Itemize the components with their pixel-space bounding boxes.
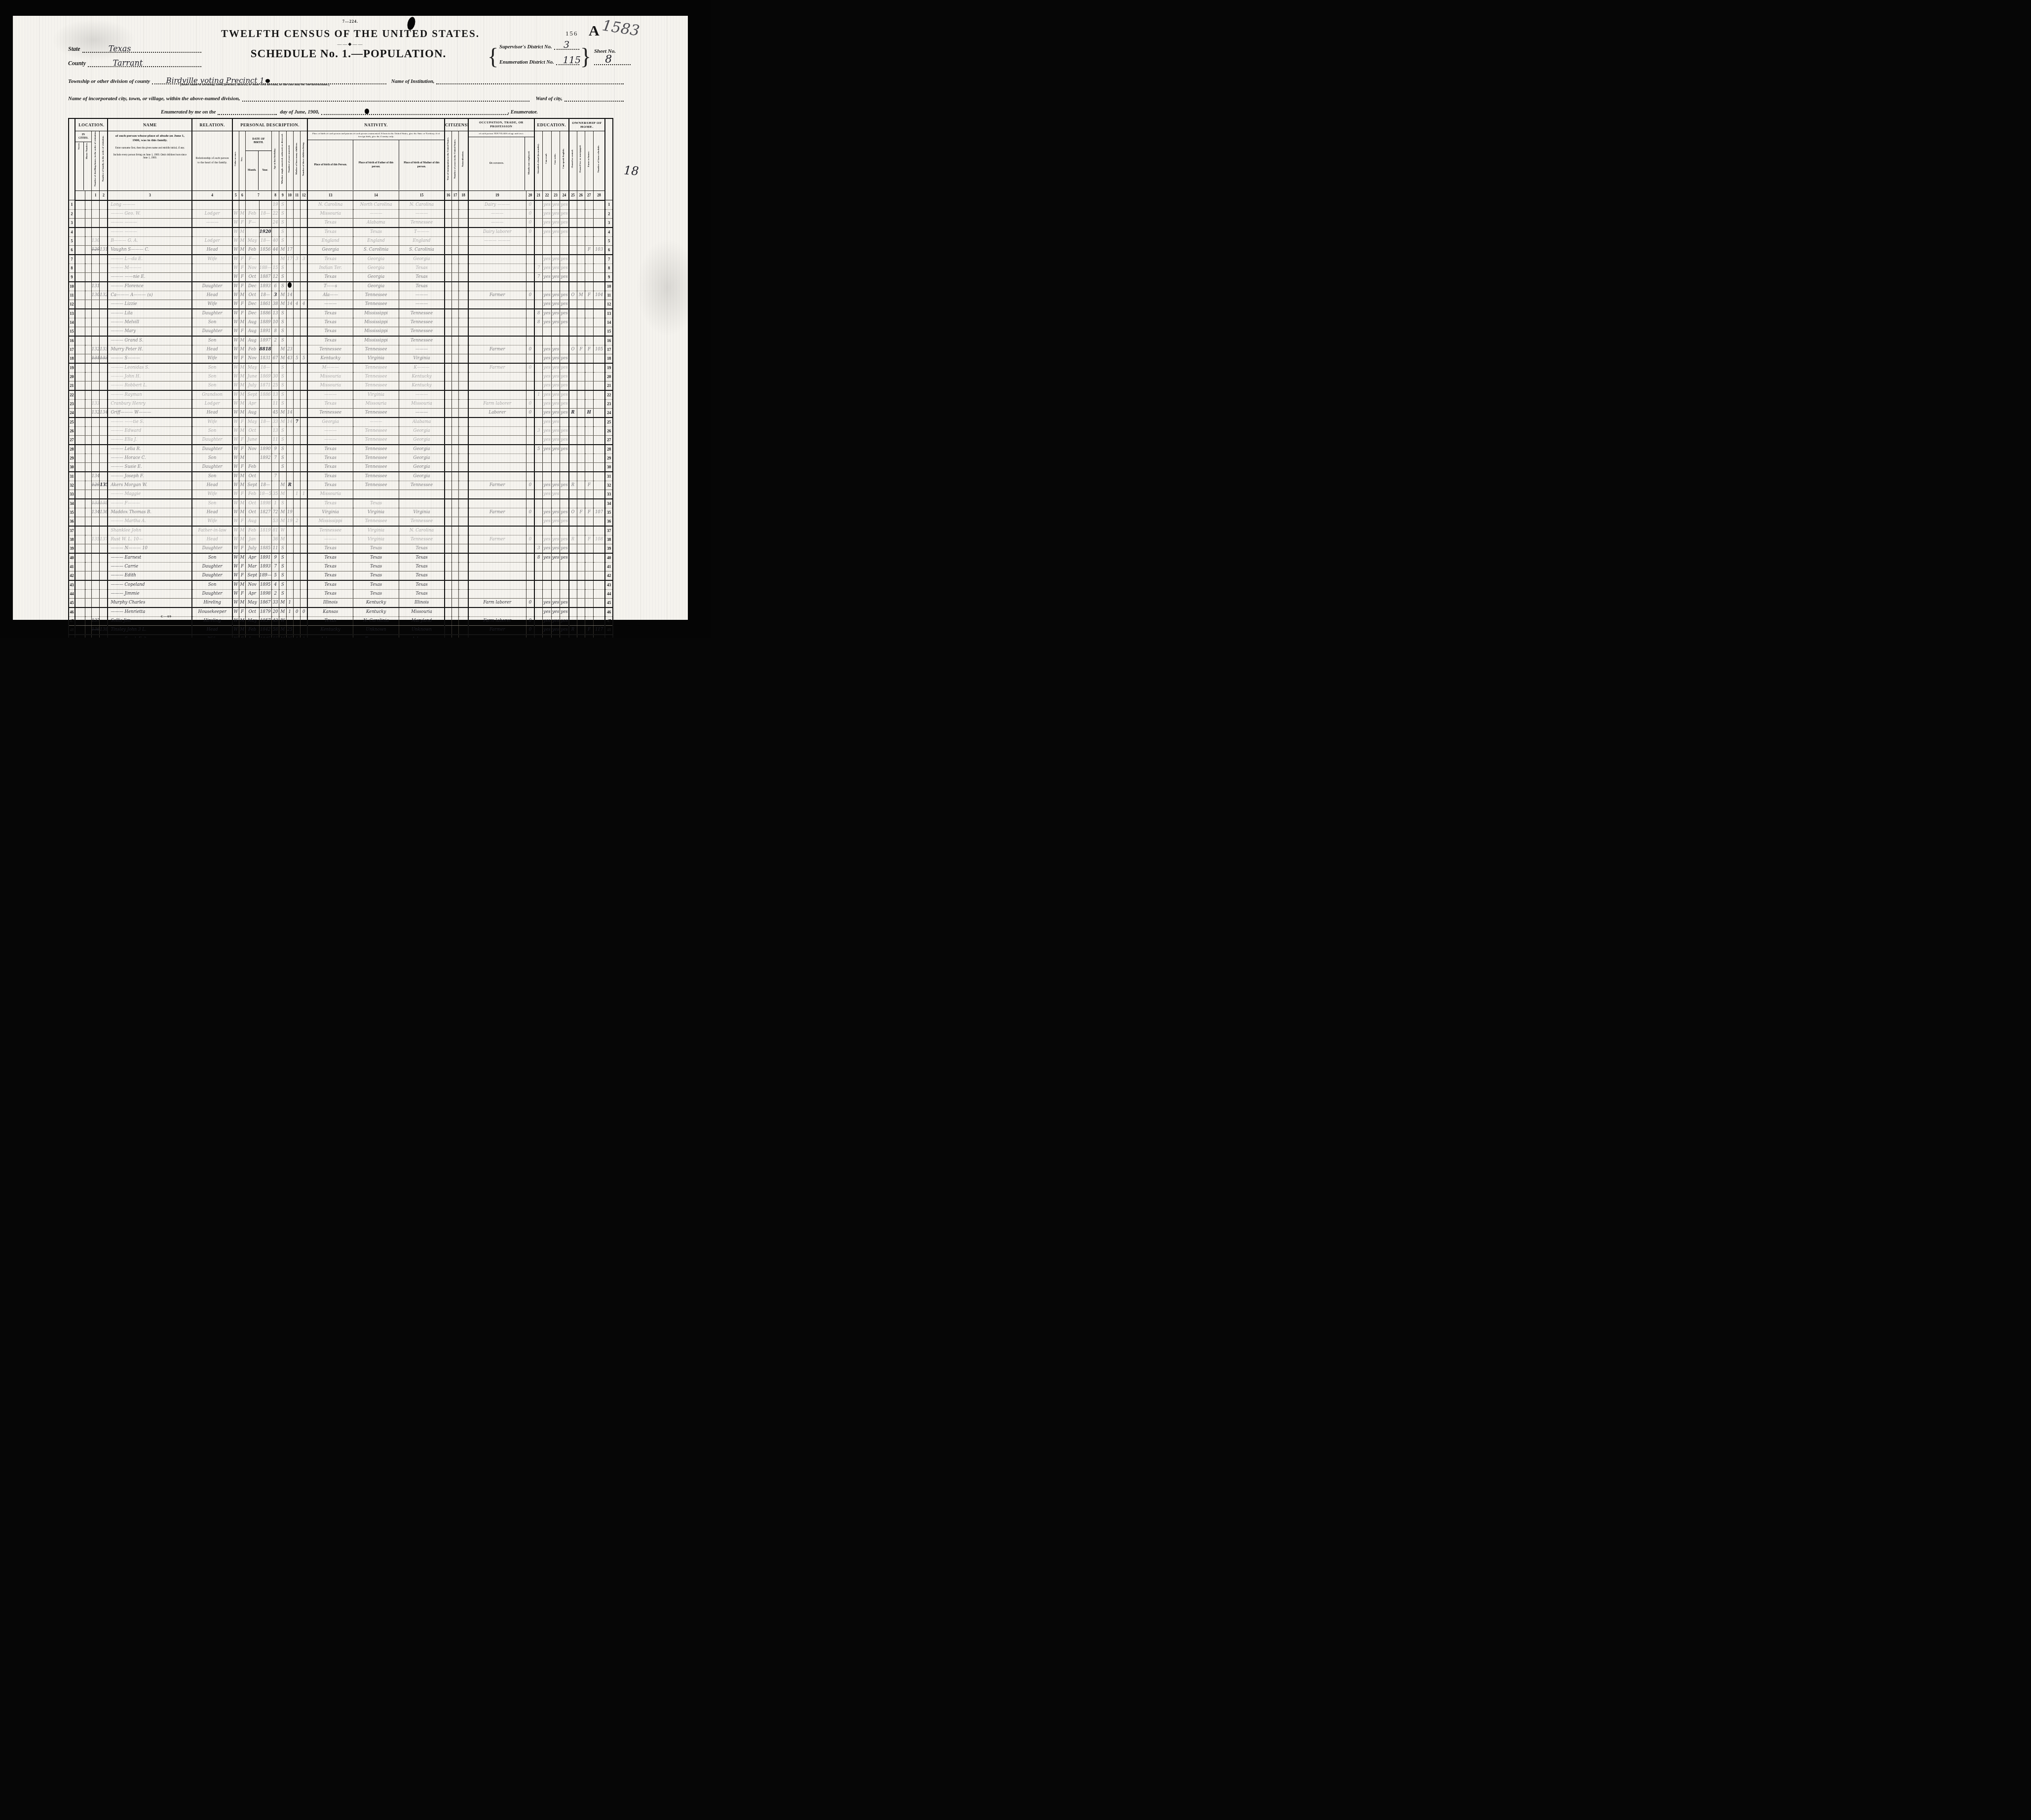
cell-name: ——— Leonidas S.	[108, 363, 192, 373]
cell-dwelling	[91, 264, 100, 272]
cell-age: 1	[271, 499, 279, 508]
cell-farm: F	[585, 481, 594, 490]
cell-color: W	[232, 245, 239, 255]
cell-street	[75, 227, 85, 237]
cell-street	[75, 345, 85, 354]
page-title: TWELFTH CENSUS OF THE UNITED STATES.	[13, 28, 688, 40]
cell-owned	[569, 309, 577, 318]
cell-farm_schedule: 103	[593, 245, 605, 255]
cell-unemployed	[527, 354, 535, 363]
cell-farm	[585, 562, 594, 571]
township-row: Township or other division of county Bir…	[68, 76, 624, 84]
cell-color	[232, 200, 239, 210]
entry-age: 33	[273, 600, 278, 605]
cell-school	[534, 625, 543, 635]
entry-color: W	[233, 302, 238, 306]
cell-dwelling: 132	[91, 408, 100, 417]
entry-marital: M	[281, 347, 285, 352]
cell-color: W	[232, 454, 239, 462]
entry-color: W	[233, 329, 238, 334]
entry-occupation: Laborer	[489, 410, 506, 415]
table-row: 41——— CarrieDaughterWFMar18937STexasTexa…	[69, 562, 613, 571]
entry-pob_father: Kentucky	[366, 600, 386, 605]
entry-pob: ———	[324, 392, 337, 397]
cell-farm_schedule	[593, 598, 605, 607]
table-row: 25——— ——tie S.WifeWFMay18—33M147Georgia—…	[69, 417, 613, 427]
entry-pob_mother: S. Carolinia	[409, 247, 434, 252]
entry-pob_mother: Texas	[415, 555, 427, 560]
cell-year: 1898	[259, 499, 271, 508]
cell-marital: S	[279, 435, 286, 445]
entry-sex: M	[240, 293, 244, 298]
table-row: 26——— EdwardSonWMOct13S———TennesseeGeorg…	[69, 426, 613, 435]
entry-name: ——— M———	[111, 265, 141, 270]
cell-yrs_us	[451, 625, 458, 635]
cell-yrs_married: 1	[286, 598, 293, 607]
cell-read: yes	[543, 218, 552, 227]
cell-naturalization	[459, 390, 468, 400]
entry-yrs_married: 14	[287, 293, 293, 298]
cell-relation: ———	[192, 218, 232, 227]
entry-pob_father: North Carolina	[360, 202, 392, 207]
entry-pob_father: Kentucky	[366, 609, 386, 614]
column-header-school: Attended school (in months).	[534, 131, 543, 191]
cell-naturalization	[459, 462, 468, 472]
cell-year: 1890	[259, 445, 271, 454]
column-header-write: Can write.	[551, 131, 560, 191]
cell-pob: Texas	[307, 454, 353, 462]
entry-read: yes	[543, 419, 550, 424]
entry-yrs_married: 23	[287, 347, 293, 352]
cell-pob: N. Carolina	[307, 200, 353, 210]
cell-unemployed	[527, 562, 535, 571]
cell-farm	[585, 227, 594, 237]
cell-write	[551, 462, 560, 472]
cell-free	[577, 426, 585, 435]
cell-yrs_us	[451, 580, 458, 590]
entry-english: yes	[561, 483, 567, 488]
cell-read: yes	[543, 598, 552, 607]
entry-color: W	[233, 564, 238, 569]
entry-name: Sollis Jim	[111, 618, 130, 623]
cell-school	[534, 580, 543, 590]
entry-unemployed: 0	[529, 365, 531, 370]
entry-relation: Daughter	[202, 447, 223, 452]
cell-unemployed: 0	[527, 535, 535, 544]
cell-relation: Daughter	[192, 282, 232, 291]
column-number-write: 23	[551, 190, 560, 200]
cell-relation: Housekeeper	[192, 607, 232, 617]
cell-house	[85, 607, 91, 617]
entry-yrs_married: 19	[287, 519, 293, 524]
cell-house	[85, 454, 91, 462]
column-label-family: Number of family, in the order of visita…	[102, 136, 105, 183]
cell-immigration	[445, 291, 451, 300]
row-number-left: 33	[69, 490, 75, 499]
cell-pob: Texas	[307, 553, 353, 563]
entry-pob_father: Virginia	[368, 537, 384, 542]
entry-pob: Texas	[325, 311, 337, 316]
cell-naturalization	[459, 517, 468, 526]
cell-pob_mother: Georgia	[399, 426, 445, 435]
column-header-naturalization: Naturalization.	[459, 131, 468, 191]
entry-month: July	[248, 546, 256, 551]
entry-year: 1827	[260, 510, 271, 515]
entry-age: 11	[273, 401, 278, 406]
cell-sex: F	[239, 309, 245, 318]
row-number-left: 16	[69, 336, 75, 345]
cell-occupation	[468, 381, 527, 390]
cell-marital: M	[279, 255, 286, 264]
cell-immigration	[445, 282, 451, 291]
entry-occupation: Farmer	[489, 347, 505, 352]
entry-pob_father: Tennessee	[365, 383, 387, 388]
day-of-june-label: day of June, 1900,	[277, 110, 321, 115]
cell-age: 13	[271, 309, 279, 318]
cell-farm_schedule	[593, 218, 605, 227]
cell-dwelling	[91, 227, 100, 237]
cell-name: ——— ——tie S.	[108, 417, 192, 427]
cell-color: W	[232, 625, 239, 635]
cell-unemployed	[527, 318, 535, 327]
entry-marital: M	[281, 519, 285, 524]
cell-name: ——— Mary	[108, 327, 192, 336]
cell-owned: R	[569, 535, 577, 544]
cell-month: Sept	[245, 481, 259, 490]
cell-write: yes	[551, 200, 560, 210]
cell-marital: S	[279, 218, 286, 227]
entry-owned: R	[571, 483, 574, 488]
column-label-free: Owned free or mortgaged.	[579, 145, 582, 174]
entry-pob_mother: Georgia	[413, 474, 430, 479]
entry-yrs_married: 14	[287, 410, 293, 415]
cell-english: yes	[560, 363, 569, 373]
group-header-4: NATIVITY.	[307, 118, 445, 131]
cell-free	[577, 309, 585, 318]
cell-sex: F	[239, 607, 245, 617]
entry-relation: Head	[207, 247, 218, 252]
entry-write: yes	[552, 537, 559, 542]
cell-year: 1892	[259, 454, 271, 462]
entry-year: 18—	[261, 483, 270, 488]
cell-year: 18—5	[259, 490, 271, 499]
cell-age: 55	[271, 635, 279, 638]
entry-age: 81	[273, 528, 278, 533]
cell-marital: W	[279, 616, 286, 625]
cell-sex: M	[239, 245, 245, 255]
cell-color: W	[232, 408, 239, 417]
cell-pob: M———	[307, 363, 353, 373]
cell-street	[75, 390, 85, 400]
row-number-right: 24	[605, 408, 613, 417]
table-row: 20——— John H.SonWMJune186930SMissouriaTe…	[69, 372, 613, 381]
cell-pob_mother: ———	[399, 291, 445, 300]
entry-dwelling: 129	[92, 247, 100, 252]
cell-unemployed	[527, 300, 535, 309]
cell-read: yes	[543, 272, 552, 282]
cell-pob_mother: ———	[399, 300, 445, 309]
cell-color: W	[232, 544, 239, 553]
cell-marital: M	[279, 625, 286, 635]
entry-marital: M	[281, 356, 285, 361]
entry-age: 12	[273, 274, 278, 279]
cell-relation: Wife	[192, 635, 232, 638]
cell-age: 2	[271, 589, 279, 598]
entry-name: ——— Ella J.	[111, 437, 137, 442]
entry-color: W	[233, 600, 238, 605]
cell-school: 8	[534, 318, 543, 327]
entry-age: 45	[273, 410, 278, 415]
entry-pob_mother: Tennessee	[411, 329, 433, 334]
cell-read: yes	[543, 517, 552, 526]
cell-pob_father: Texas	[353, 227, 399, 237]
entry-relation: Head	[207, 627, 218, 632]
entry-name: ——— Earnest	[111, 555, 141, 560]
entry-english: yes	[561, 510, 567, 515]
entry-farm_schedule: 104	[595, 293, 603, 298]
cell-name: Sollis Jim	[108, 616, 192, 625]
entry-english: yes	[561, 229, 567, 234]
cell-pob: Texas	[307, 462, 353, 472]
cell-sex: F	[239, 417, 245, 427]
cell-read: yes	[543, 390, 552, 400]
entry-pob: Illinois	[323, 600, 338, 605]
cell-occupation	[468, 372, 527, 381]
cell-dwelling: 131	[91, 354, 100, 363]
entry-name: ——— Carrie	[111, 564, 138, 569]
entry-color: W	[233, 501, 238, 506]
entry-year: 1893	[260, 284, 271, 289]
cell-mother_of	[293, 227, 300, 237]
cell-yrs_us	[451, 381, 458, 390]
cell-dwelling	[91, 417, 100, 427]
footer-print-code: C—69	[161, 615, 172, 618]
entry-year: 1920	[260, 229, 271, 234]
cell-year: 18—	[259, 209, 271, 218]
entry-relation: Daughter	[202, 564, 223, 569]
cell-write: yes	[551, 426, 560, 435]
entry-pob_mother: Texas	[415, 284, 427, 289]
cell-year: 1889	[259, 318, 271, 327]
cell-year: 1891	[259, 327, 271, 336]
cell-pob: Texas	[307, 218, 353, 227]
entry-age: 9	[274, 447, 276, 452]
cell-children_living	[301, 435, 307, 445]
entry-write: yes	[552, 428, 559, 433]
name-header-block: of each person whose place of abode on J…	[108, 132, 191, 190]
entry-marital: S	[281, 211, 284, 216]
cell-pob_mother: Tennessee	[399, 481, 445, 490]
cell-write: yes	[551, 625, 560, 635]
cell-free	[577, 282, 585, 291]
state-value: Texas	[109, 44, 131, 53]
column-number-family: 2	[100, 190, 108, 200]
cell-relation: Head	[192, 291, 232, 300]
entry-read: yes	[543, 510, 550, 515]
cell-farm_schedule	[593, 309, 605, 318]
cell-age: 15	[271, 264, 279, 272]
row-number-right: 49	[605, 635, 613, 638]
cell-year: 1895	[259, 580, 271, 590]
entry-marital: S	[281, 229, 284, 234]
entry-year: 1857	[260, 618, 271, 623]
cell-pob_mother: Missouria	[399, 399, 445, 408]
cell-owned	[569, 218, 577, 227]
cell-street	[75, 372, 85, 381]
column-label-mother_of: Mother of how many children.	[296, 143, 299, 176]
cell-yrs_us	[451, 363, 458, 373]
column-number-street	[75, 190, 85, 200]
cell-farm_schedule	[593, 300, 605, 309]
cell-color: W	[232, 445, 239, 454]
cell-marital: S	[279, 363, 286, 373]
entry-marital: M	[281, 510, 285, 515]
cell-naturalization	[459, 345, 468, 354]
cell-school	[534, 291, 543, 300]
entry-sex: F	[241, 220, 244, 225]
cell-street	[75, 417, 85, 427]
row-number-right: 36	[605, 517, 613, 526]
cell-read: yes	[543, 508, 552, 517]
entry-dwelling: 134	[92, 510, 100, 515]
cell-pob_father: Texas	[353, 553, 399, 563]
cell-name: Tinsley John 3 L.	[108, 625, 192, 635]
cell-write: yes	[551, 508, 560, 517]
cell-age	[271, 481, 279, 490]
cell-write: yes	[551, 291, 560, 300]
cell-free	[577, 435, 585, 445]
margin-note: 18	[623, 163, 639, 178]
cell-children_living	[301, 462, 307, 472]
entry-relation: Father-in-law	[198, 528, 226, 533]
cell-unemployed: 0	[527, 399, 535, 408]
column-header-english: Can speak English.	[560, 131, 569, 191]
cell-sex: F	[239, 300, 245, 309]
cell-free	[577, 227, 585, 237]
cell-house	[85, 445, 91, 454]
cell-english	[560, 490, 569, 499]
township-line: Birdville voting Precinct 1 [Insert name…	[152, 76, 386, 84]
cell-english	[560, 417, 569, 427]
entry-occupation: Dairy laborer	[483, 229, 512, 234]
cell-year: 18—	[259, 363, 271, 373]
entry-name: ——— Edward	[111, 428, 141, 433]
row-number-right: 2	[605, 209, 613, 218]
cell-unemployed	[527, 589, 535, 598]
cell-immigration	[445, 490, 451, 499]
cell-pob_father: N. Carolinia	[353, 616, 399, 625]
cell-sex: M	[239, 399, 245, 408]
cell-occupation	[468, 490, 527, 499]
cell-sex: M	[239, 227, 245, 237]
cell-relation: Son	[192, 580, 232, 590]
cell-dwelling	[91, 327, 100, 336]
cell-dwelling: 134	[91, 508, 100, 517]
cell-write	[551, 245, 560, 255]
cell-relation: Daughter	[192, 544, 232, 553]
cell-naturalization	[459, 245, 468, 255]
cell-pob_father: Georgia	[353, 282, 399, 291]
entry-pob_father: Tennessee	[365, 374, 387, 379]
state-line: Texas	[82, 44, 201, 53]
cell-school	[534, 236, 543, 245]
cell-color: W	[232, 435, 239, 445]
cell-pob: Texas	[307, 336, 353, 345]
cell-children_living	[301, 508, 307, 517]
entry-english: yes	[561, 410, 567, 415]
entry-name: Tinsley John 3 L.	[111, 627, 146, 632]
entry-name: Cranbury Henry	[111, 401, 145, 406]
entry-write: yes	[552, 510, 559, 515]
row-number-right: 30	[605, 462, 613, 472]
cell-mother_of	[293, 236, 300, 245]
cell-dwelling	[91, 200, 100, 210]
cell-unemployed	[527, 635, 535, 638]
cell-free	[577, 445, 585, 454]
cell-street	[75, 472, 85, 481]
cell-farm_schedule	[593, 553, 605, 563]
cell-farm	[585, 445, 594, 454]
entry-marital: S	[281, 311, 284, 316]
cell-write	[551, 236, 560, 245]
cell-name: ——— Lelia R.	[108, 445, 192, 454]
cell-pob_father: Tennessee	[353, 445, 399, 454]
cell-naturalization	[459, 272, 468, 282]
entry-dwelling: 135	[92, 537, 100, 542]
cell-naturalization	[459, 544, 468, 553]
entry-marital: S	[281, 546, 284, 551]
cell-mother_of	[293, 408, 300, 417]
cell-naturalization	[459, 481, 468, 490]
cell-english: yes	[560, 553, 569, 563]
entry-unemployed: 0	[529, 401, 531, 406]
entry-read: yes	[543, 265, 550, 270]
entry-pob_father: Tennessee	[365, 447, 387, 452]
table-row: 11130132Ca——— A——— (s)HeadWMOct18—3M14Al…	[69, 291, 613, 300]
entry-relation: Head	[207, 537, 218, 542]
entry-marital: S	[281, 338, 284, 343]
entry-sex: F	[241, 356, 244, 361]
cell-yrs_us	[451, 598, 458, 607]
entry-occupation: ———	[491, 211, 504, 216]
row-number-right: 8	[605, 264, 613, 272]
cell-immigration	[445, 236, 451, 245]
cell-school	[534, 635, 543, 638]
cell-year: 1879	[259, 607, 271, 617]
ward-line	[564, 93, 624, 102]
date-of-birth-label: DATE OF BIRTH.	[246, 132, 271, 151]
cell-street	[75, 408, 85, 417]
cell-sex: M	[239, 318, 245, 327]
entry-year: 18—	[261, 365, 270, 370]
table-row: 30——— Susie E.DaughterWFFebSTexasTenness…	[69, 462, 613, 472]
entry-marital: S	[281, 265, 284, 270]
cell-mother_of	[293, 363, 300, 373]
cell-school	[534, 417, 543, 427]
cell-age: 33	[271, 417, 279, 427]
entry-month: Oct	[249, 501, 256, 506]
entry-month: Sept	[247, 573, 257, 578]
entry-age: 7	[274, 455, 276, 460]
cell-color: W	[232, 499, 239, 508]
entry-pob_mother: Georgia	[413, 437, 430, 442]
cell-children_living: 1	[301, 490, 307, 499]
row-number-left: 11	[69, 291, 75, 300]
cell-occupation: Farmer	[468, 345, 527, 354]
cell-children_living	[301, 345, 307, 354]
institution-label: Name of Institution,	[386, 79, 437, 84]
cell-write: yes	[551, 535, 560, 544]
